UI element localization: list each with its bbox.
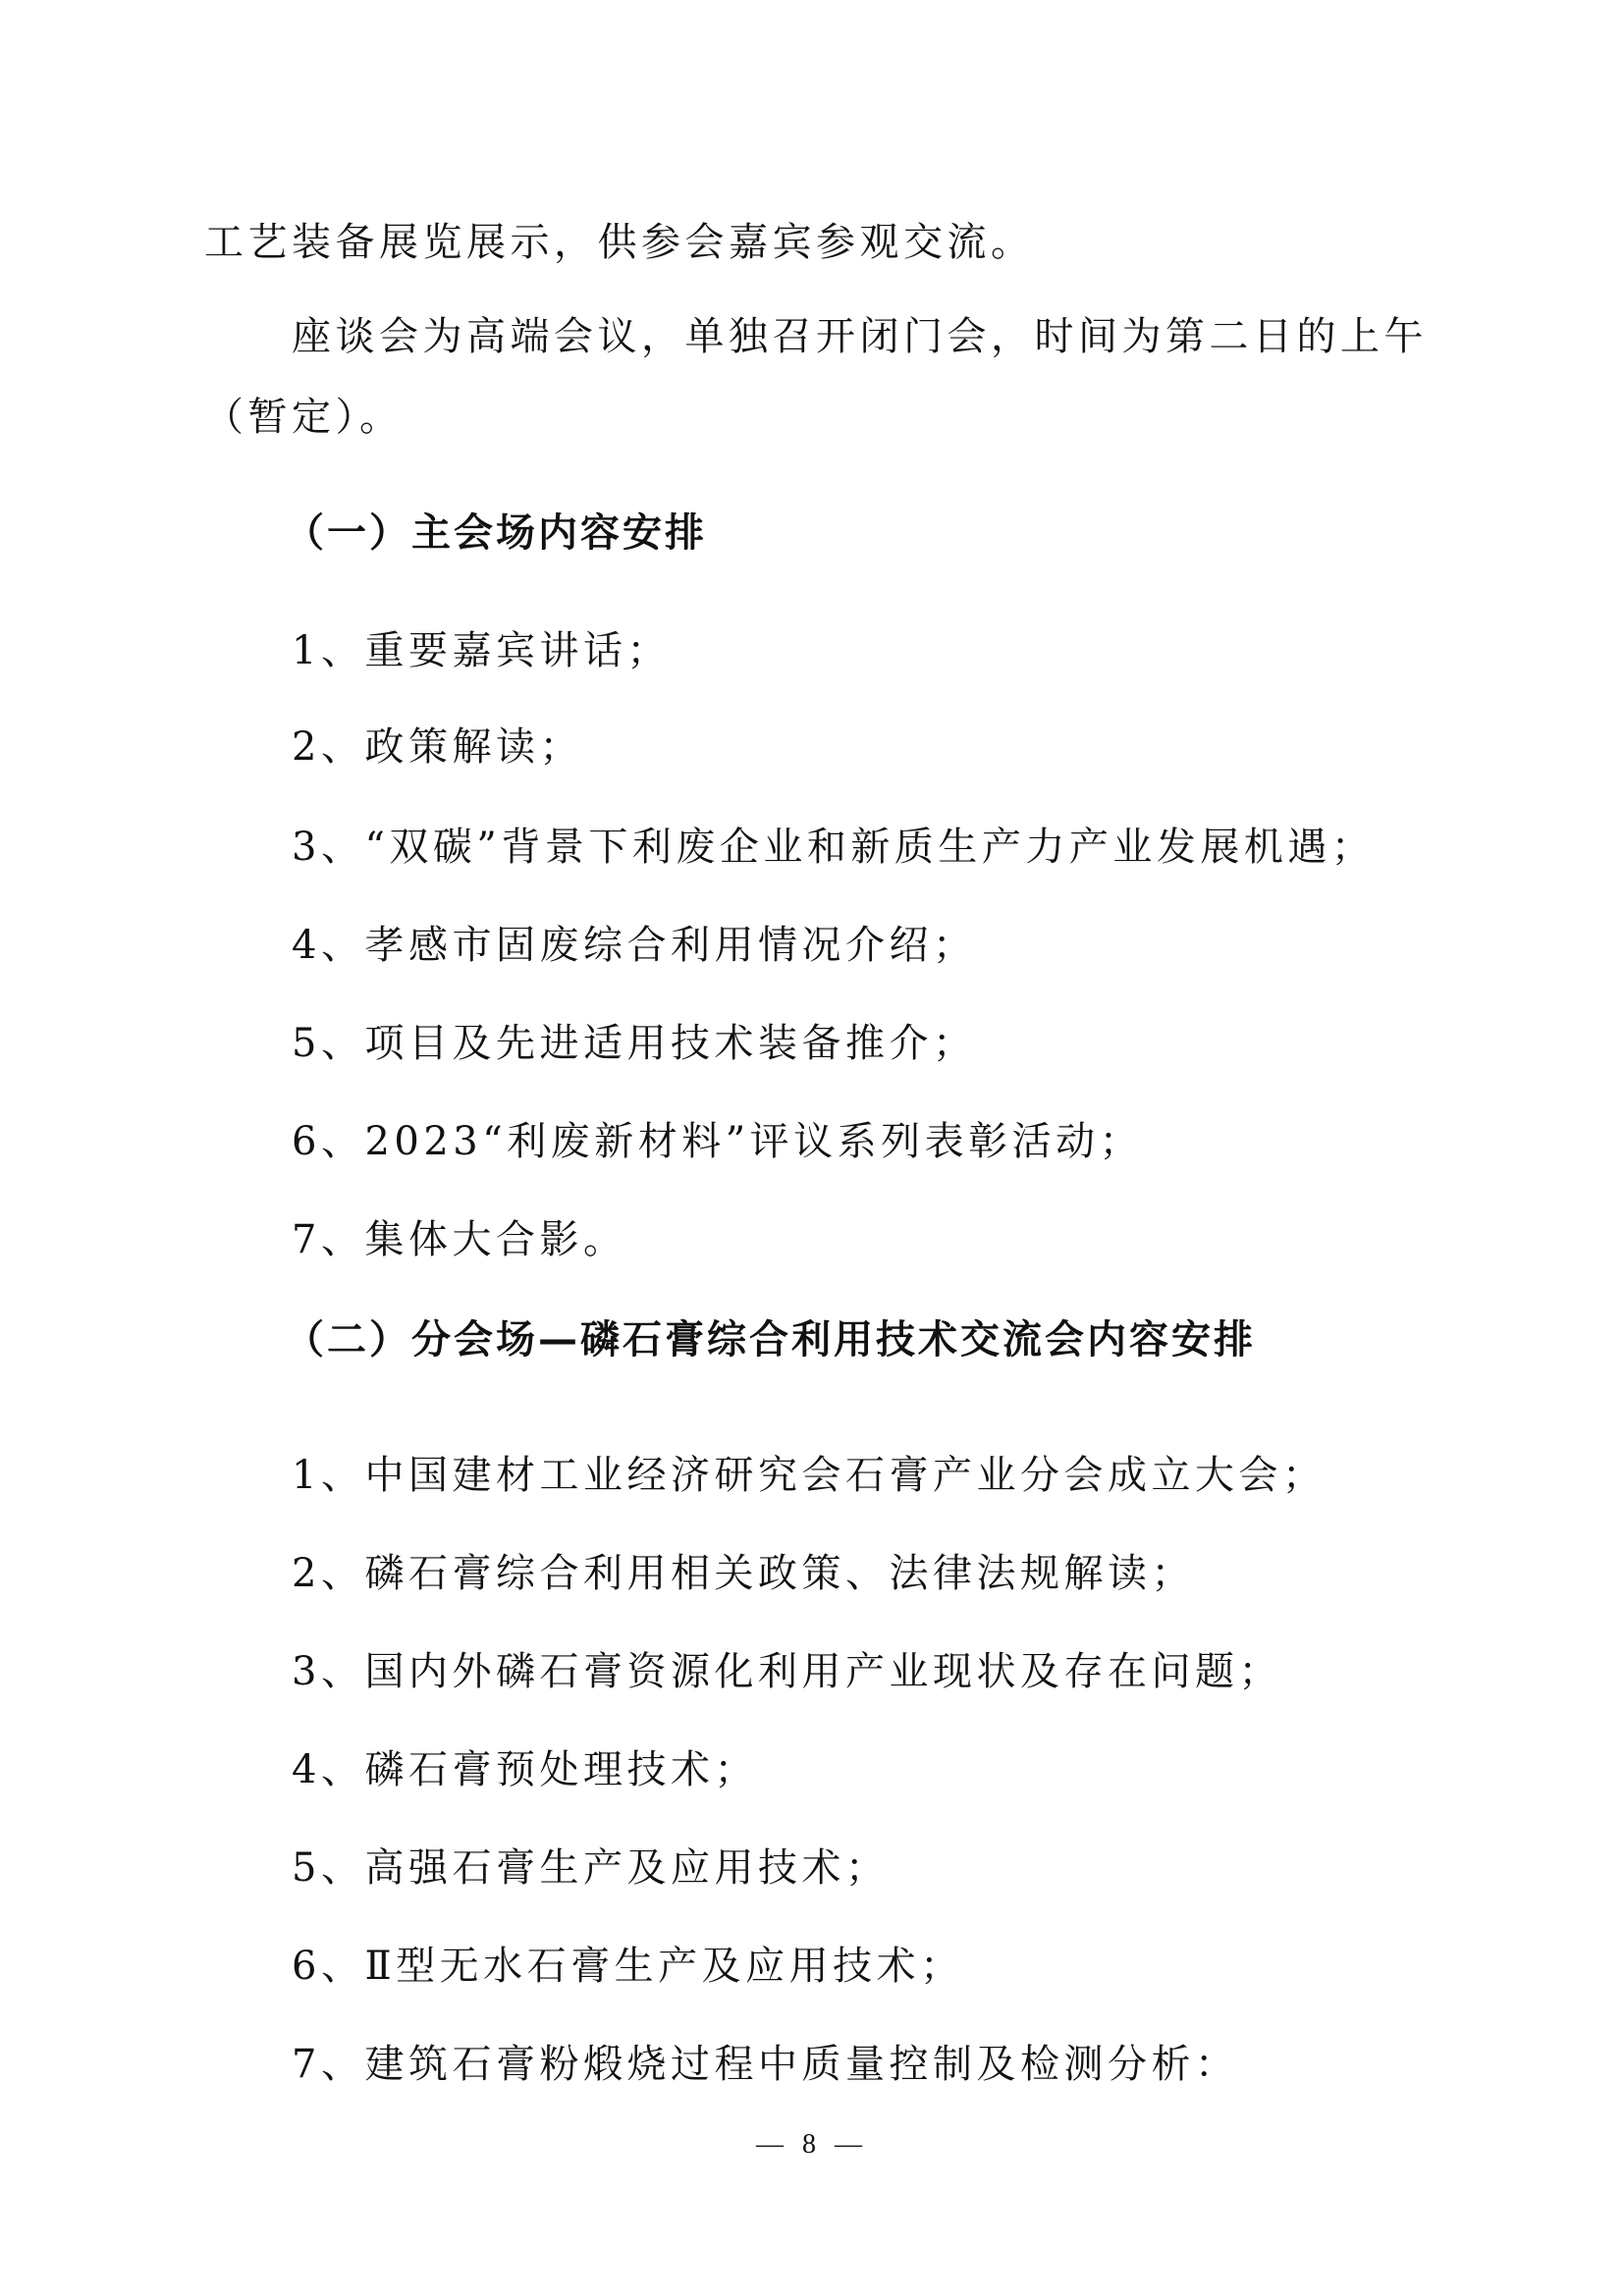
page-number: — 8 —: [0, 2125, 1624, 2164]
list-item: 5、高强石膏生产及应用技术；: [292, 1839, 1519, 1897]
document-page: 工艺装备展览展示，供参会嘉宾参观交流。 座谈会为高端会议，单独召开闭门会，时间为…: [0, 0, 1624, 2296]
list-item: 4、磷石膏预处理技术；: [292, 1740, 1519, 1799]
list-item: 3、“双碳”背景下利废企业和新质生产力产业发展机遇；: [292, 818, 1519, 877]
list-item: 6、2023“利废新材料”评议系列表彰活动；: [292, 1112, 1519, 1171]
paragraph-exhibition: 工艺装备展览展示，供参会嘉宾参观交流。: [204, 213, 1432, 272]
paragraph-symposium: 座谈会为高端会议，单独召开闭门会，时间为第二日的上午: [292, 307, 1519, 366]
list-item: 5、项目及先进适用技术装备推介；: [292, 1014, 1519, 1073]
paragraph-symposium-cont: （暂定）。: [204, 388, 1432, 447]
section-heading-main-venue: （一）主会场内容安排: [285, 504, 1512, 562]
list-item: 4、孝感市固废综合利用情况介绍；: [292, 916, 1519, 975]
list-item: 7、集体大合影。: [292, 1210, 1519, 1269]
list-item: 1、中国建材工业经济研究会石膏产业分会成立大会；: [292, 1446, 1519, 1505]
list-item: 7、建筑石膏粉煅烧过程中质量控制及检测分析：: [292, 2035, 1519, 2094]
list-item: 3、国内外磷石膏资源化利用产业现状及存在问题；: [292, 1642, 1519, 1701]
list-item: 2、政策解读；: [292, 718, 1519, 776]
list-item: 2、磷石膏综合利用相关政策、法律法规解读；: [292, 1544, 1519, 1603]
section-heading-sub-venue: （二）分会场—磷石膏综合利用技术交流会内容安排: [285, 1310, 1512, 1369]
list-item: 6、Ⅱ型无水石膏生产及应用技术；: [292, 1937, 1519, 1996]
list-item: 1、重要嘉宾讲话；: [292, 621, 1519, 680]
